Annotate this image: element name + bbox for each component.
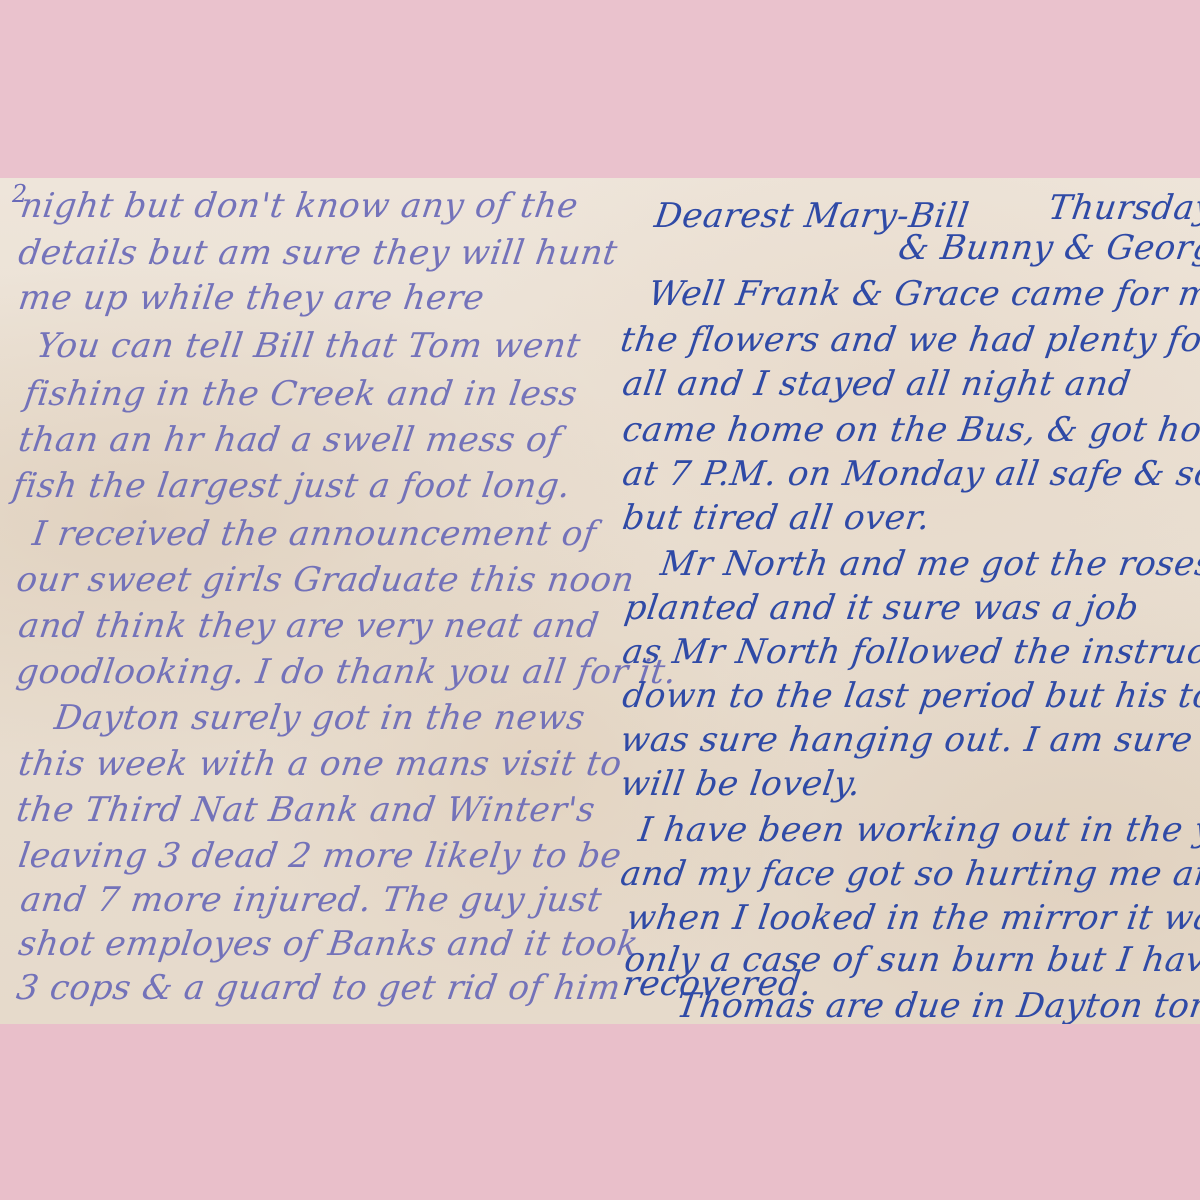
handwritten-line: our sweet girls Graduate this noon <box>14 560 637 600</box>
letter-paper: 2 night but don't know any of the detail… <box>0 178 1200 1024</box>
handwritten-line: Well Frank & Grace came for me <box>646 274 1200 314</box>
letter-page-left: 2 night but don't know any of the detail… <box>0 178 600 1024</box>
handwritten-line: fishing in the Creek and in less <box>22 374 580 414</box>
handwritten-line: leaving 3 dead 2 more likely to be <box>16 836 624 876</box>
handwritten-line: will be lovely. <box>618 764 863 804</box>
pink-backdrop-bottom <box>0 1024 1200 1200</box>
handwritten-line: and think they are very neat and <box>16 606 602 646</box>
handwritten-line: was sure hanging out. I am sure they <box>618 720 1200 760</box>
handwritten-line: but tired all over. <box>620 498 933 538</box>
handwritten-line: when I looked in the mirror it was <box>624 898 1200 938</box>
handwritten-line: details but am sure they will hunt <box>16 233 620 273</box>
letter-page-right: Dearest Mary-Bill Thursday & Bunny & Geo… <box>600 178 1200 1024</box>
handwritten-line: planted and it sure was a job <box>622 588 1141 628</box>
handwritten-line: night but don't know any of the <box>18 186 581 226</box>
handwritten-line: You can tell Bill that Tom went <box>34 326 583 366</box>
handwritten-line: I have been working out in the yard <box>636 810 1200 850</box>
handwritten-line: as Mr North followed the instructions <box>620 632 1200 672</box>
handwritten-line: down to the last period but his tongue <box>620 676 1200 716</box>
handwritten-line: me up while they are here <box>16 278 487 318</box>
handwritten-line: Thomas are due in Dayton tomorrow <box>674 986 1200 1026</box>
handwritten-line: Mr North and me got the roses <box>658 544 1200 584</box>
handwritten-line: I received the announcement of <box>30 514 599 554</box>
handwritten-line: Dayton surely got in the news <box>52 698 588 738</box>
pink-backdrop-top <box>0 0 1200 178</box>
handwritten-line: the Third Nat Bank and Winter's <box>14 790 598 830</box>
handwritten-line: came home on the Bus, & got home <box>620 410 1200 450</box>
salutation-continued: & Bunny & George <box>896 228 1200 268</box>
handwritten-line: shot employes of Banks and it took <box>16 924 641 964</box>
handwritten-line: all and I stayed all night and <box>620 364 1133 404</box>
handwritten-line: 3 cops & a guard to get rid of him <box>14 968 623 1008</box>
handwritten-line: at 7 P.M. on Monday all safe & sound <box>620 454 1200 494</box>
handwritten-line: and 7 more injured. The guy just <box>18 880 604 920</box>
handwritten-line: and my face got so hurting me and <box>618 854 1200 894</box>
handwritten-line: than an hr had a swell mess of <box>16 420 563 460</box>
handwritten-line: the flowers and we had plenty for <box>618 320 1200 360</box>
handwritten-line: this week with a one mans visit to <box>16 744 624 784</box>
letter-day: Thursday <box>1046 188 1200 228</box>
handwritten-line: goodlooking. I do thank you all for it. <box>14 652 679 692</box>
handwritten-line: fish the largest just a foot long. <box>10 466 573 506</box>
